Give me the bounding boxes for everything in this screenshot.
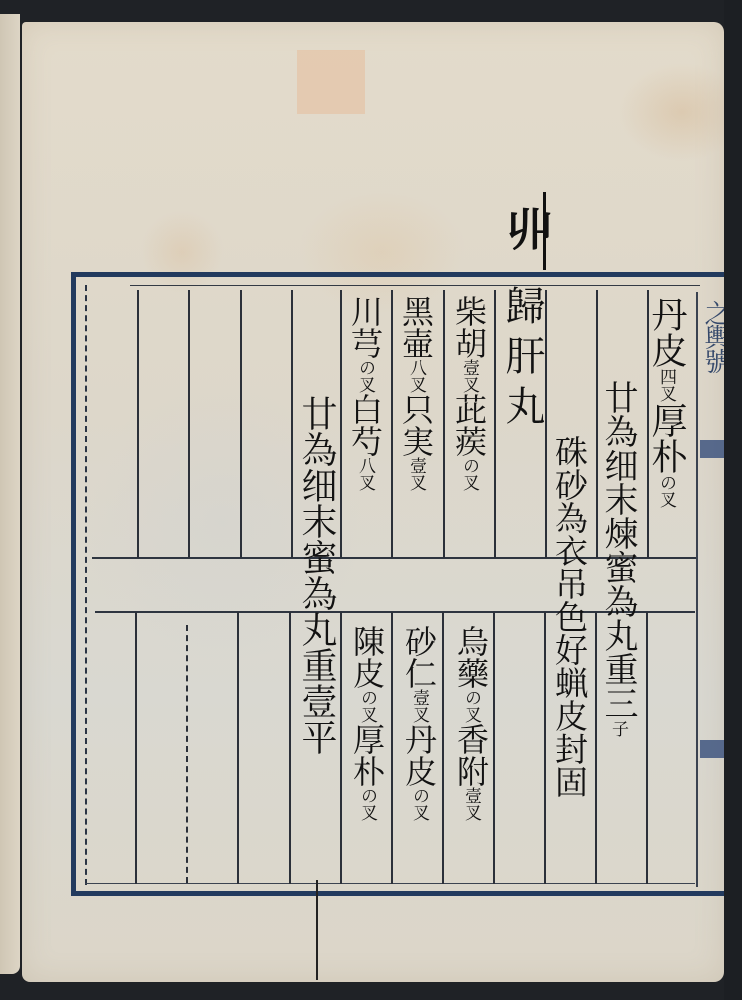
column-rule: [340, 290, 342, 558]
column-rule: [289, 612, 291, 884]
text-column-11: 陳皮の叉厚朴の叉: [348, 625, 386, 821]
text-column-3: 硃砂為衣吊色好蝋皮封固: [550, 435, 588, 798]
margin-column-rule: [696, 292, 698, 887]
text-column-6: 黑壷八叉只実壹叉: [397, 295, 435, 491]
ink-stroke-extension: [316, 880, 318, 980]
previous-page-edge: [0, 14, 20, 974]
section-mark-stroke: [543, 192, 546, 270]
column-rule: [237, 612, 239, 884]
column-rule: [240, 290, 242, 558]
column-rule: [595, 612, 597, 884]
column-rule: [186, 625, 188, 883]
column-rule: [545, 290, 547, 558]
column-rule: [137, 290, 139, 558]
prescription-title: 歸肝丸: [500, 285, 544, 435]
text-column-1: 丹皮四叉厚朴の叉: [646, 296, 686, 508]
text-column-2: 廿為细末煉蜜為丸重三子: [598, 380, 638, 737]
frame-top-rule: [130, 285, 700, 286]
text-column-7: 川芎の叉白芍八叉: [346, 295, 384, 491]
faded-seal-stamp: [297, 50, 365, 114]
column-rule: [340, 612, 342, 884]
column-rule: [494, 290, 496, 558]
column-rule: [442, 612, 444, 884]
margin-ink-block: [700, 440, 726, 458]
text-column-9: 烏藥の叉香附壹叉: [452, 625, 490, 821]
frame-bottom-rule: [85, 883, 695, 884]
section-mark: 丱: [507, 194, 553, 258]
margin-ink-block: [700, 740, 726, 758]
column-rule: [391, 612, 393, 884]
column-rule: [646, 612, 648, 884]
column-rule: [391, 290, 393, 558]
column-rule: [493, 612, 495, 884]
text-column-5: 柴胡壹叉茈蒺の叉: [450, 295, 488, 491]
column-rule: [188, 290, 190, 558]
column-rule: [291, 290, 293, 558]
column-rule: [135, 612, 137, 884]
text-column-10: 砂仁壹叉丹皮の叉: [400, 625, 438, 821]
text-column-8: 廿為细末蜜為丸重壹平: [296, 395, 336, 755]
column-rule: [544, 612, 546, 884]
column-rule: [443, 290, 445, 558]
page-edge-shadow: [724, 0, 742, 1000]
frame-inner-rule: [85, 285, 88, 885]
